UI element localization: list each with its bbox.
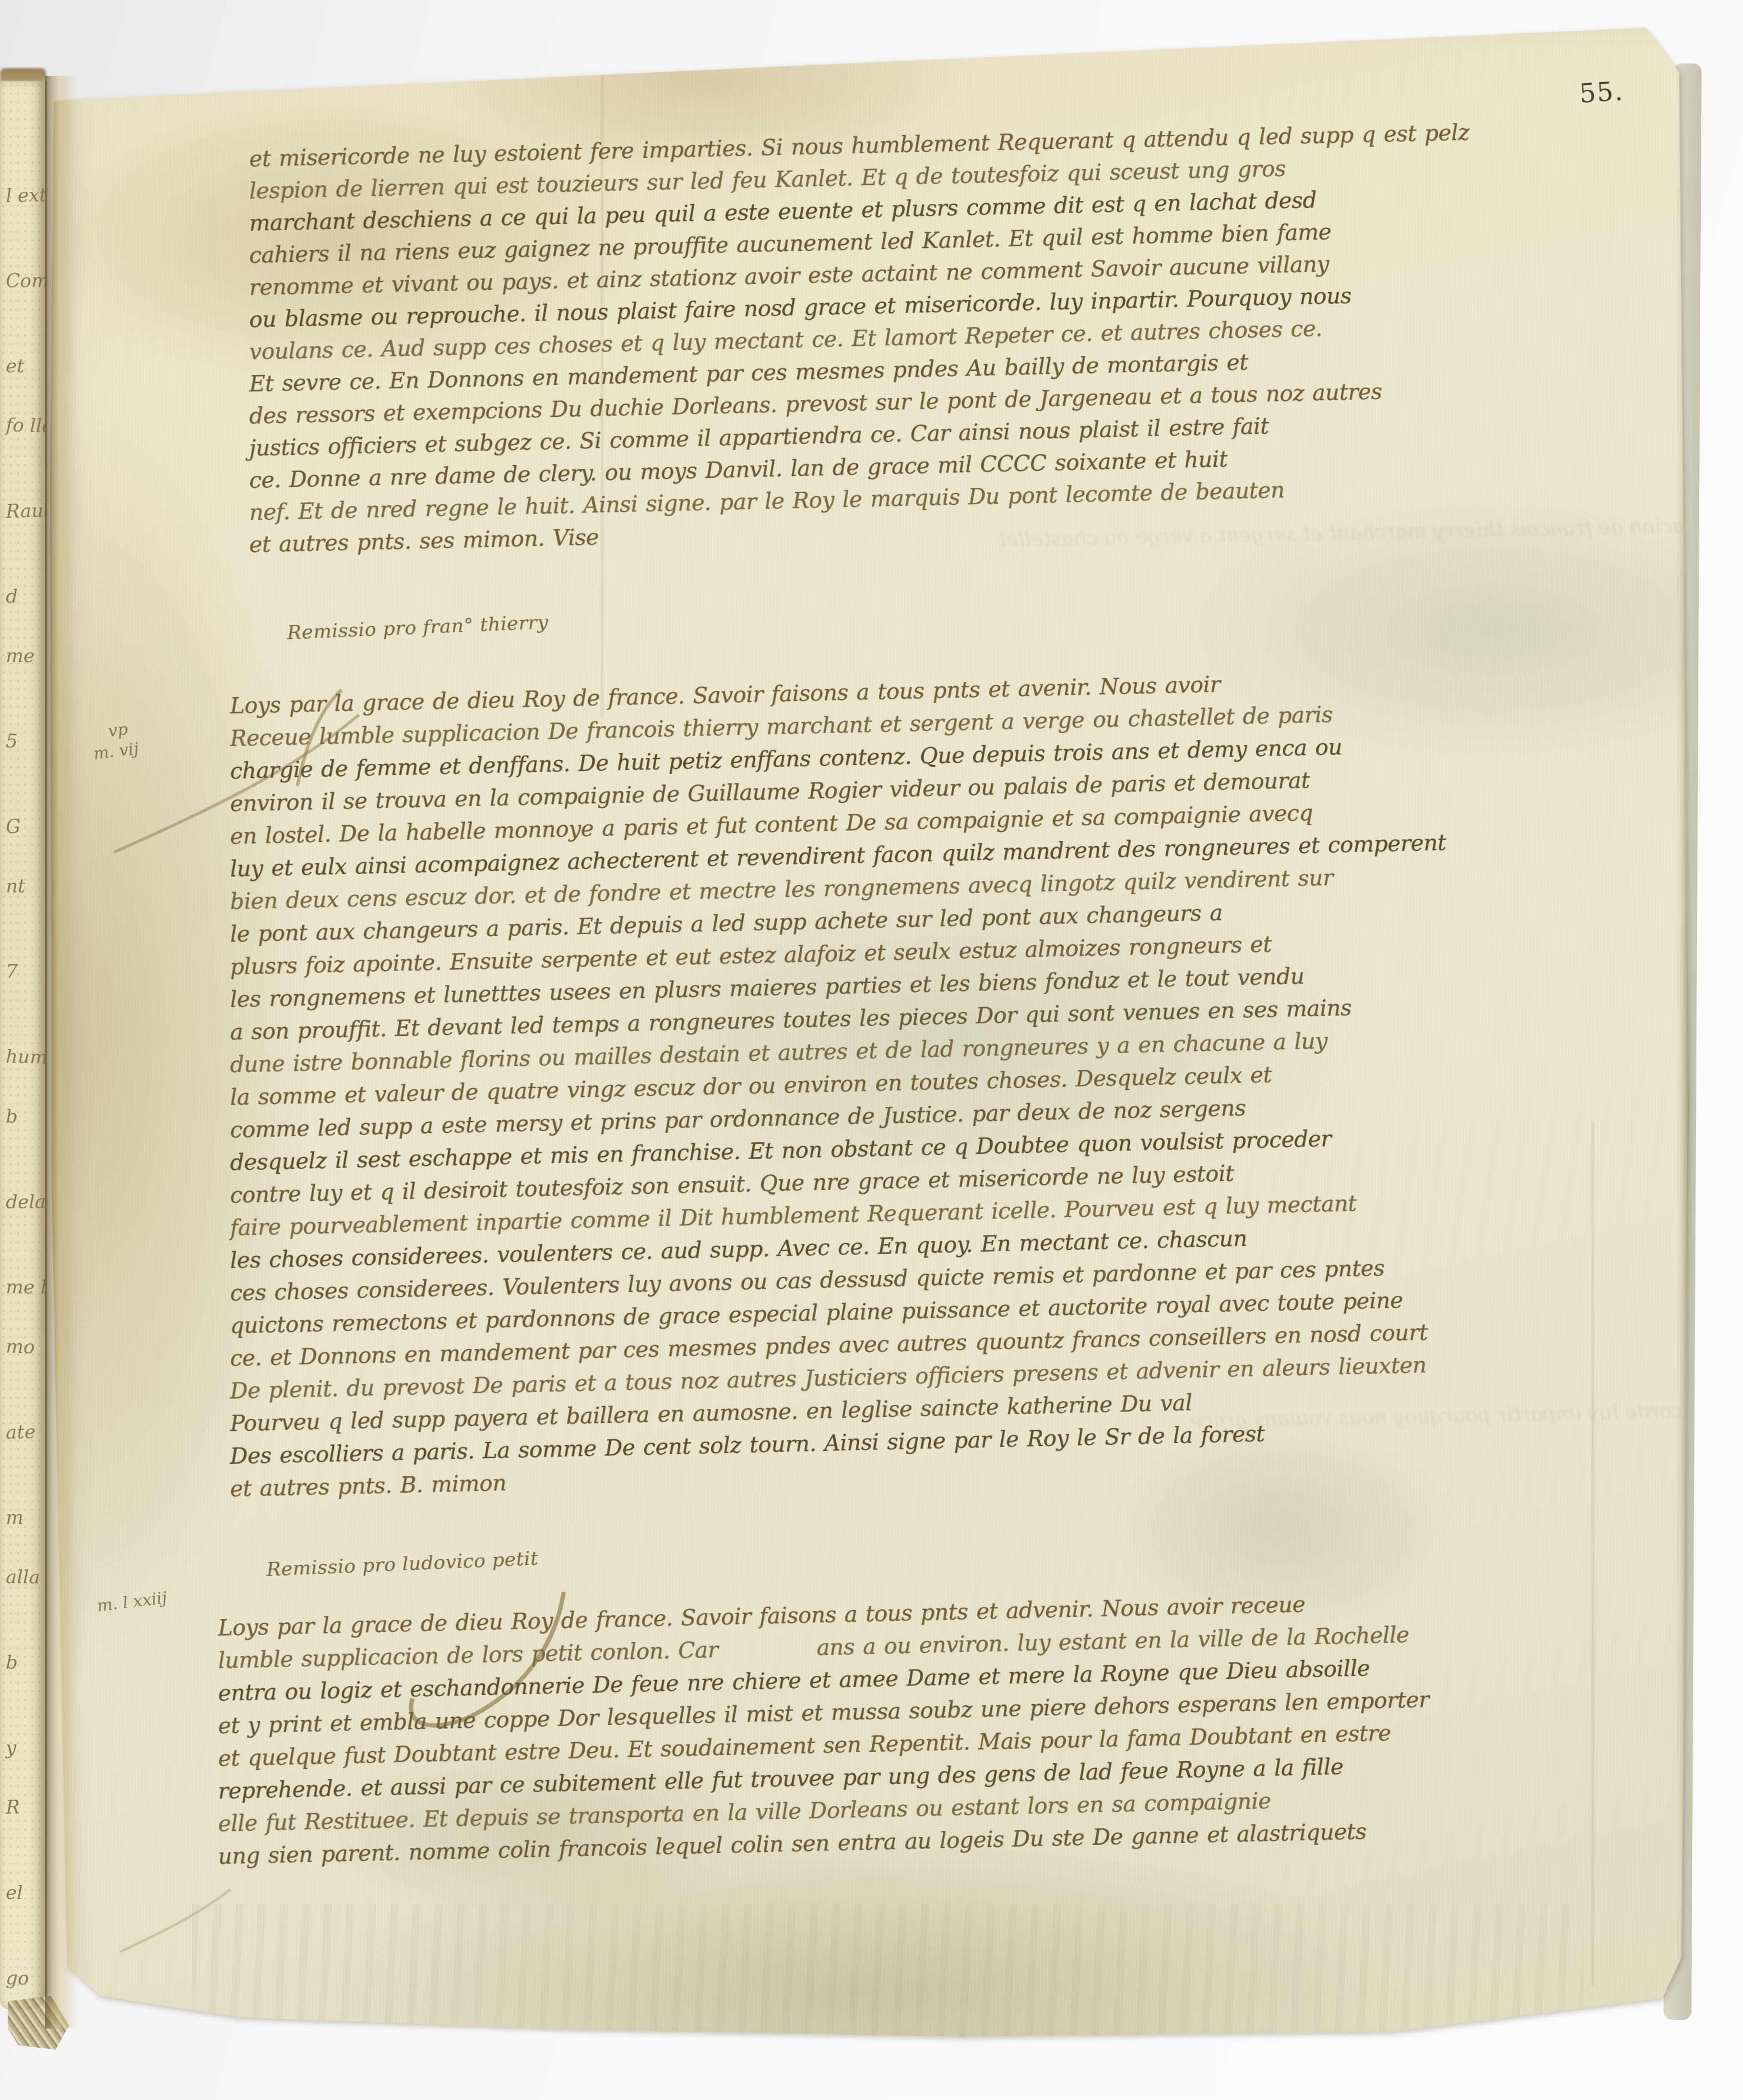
margin-note-line: m. vij	[93, 739, 140, 763]
manuscript-page: supplicacion de francois thierry marchan…	[48, 18, 1689, 2055]
entry-2-heading: Remissio pro fran° thierry	[286, 613, 548, 643]
margin-note-entry-2: vpm. vij	[107, 718, 140, 762]
folio-number: 55.	[1578, 78, 1624, 107]
bottom-mottling	[192, 1904, 1583, 2038]
margin-note-entry-3: m. l xxiij	[96, 1588, 168, 1616]
entry-1-text-block: et misericorde ne luy estoient fere impa…	[249, 147, 1669, 565]
entry-3-text-block: Loys par la grace de dieu Roy de france.…	[218, 1616, 1678, 1877]
entry-2-text-block: Loys par la grace de dieu Roy de france.…	[230, 694, 1673, 1509]
page-wrap: supplicacion de francois thierry marchan…	[0, 0, 1743, 2100]
margin-note-line: vp	[107, 720, 129, 741]
entry-3-heading: Remissio pro ludovico petit	[266, 1549, 538, 1579]
manuscript-scan: l extaCome letfo lleRauldme5Gnt7humbdela…	[0, 0, 1743, 2100]
